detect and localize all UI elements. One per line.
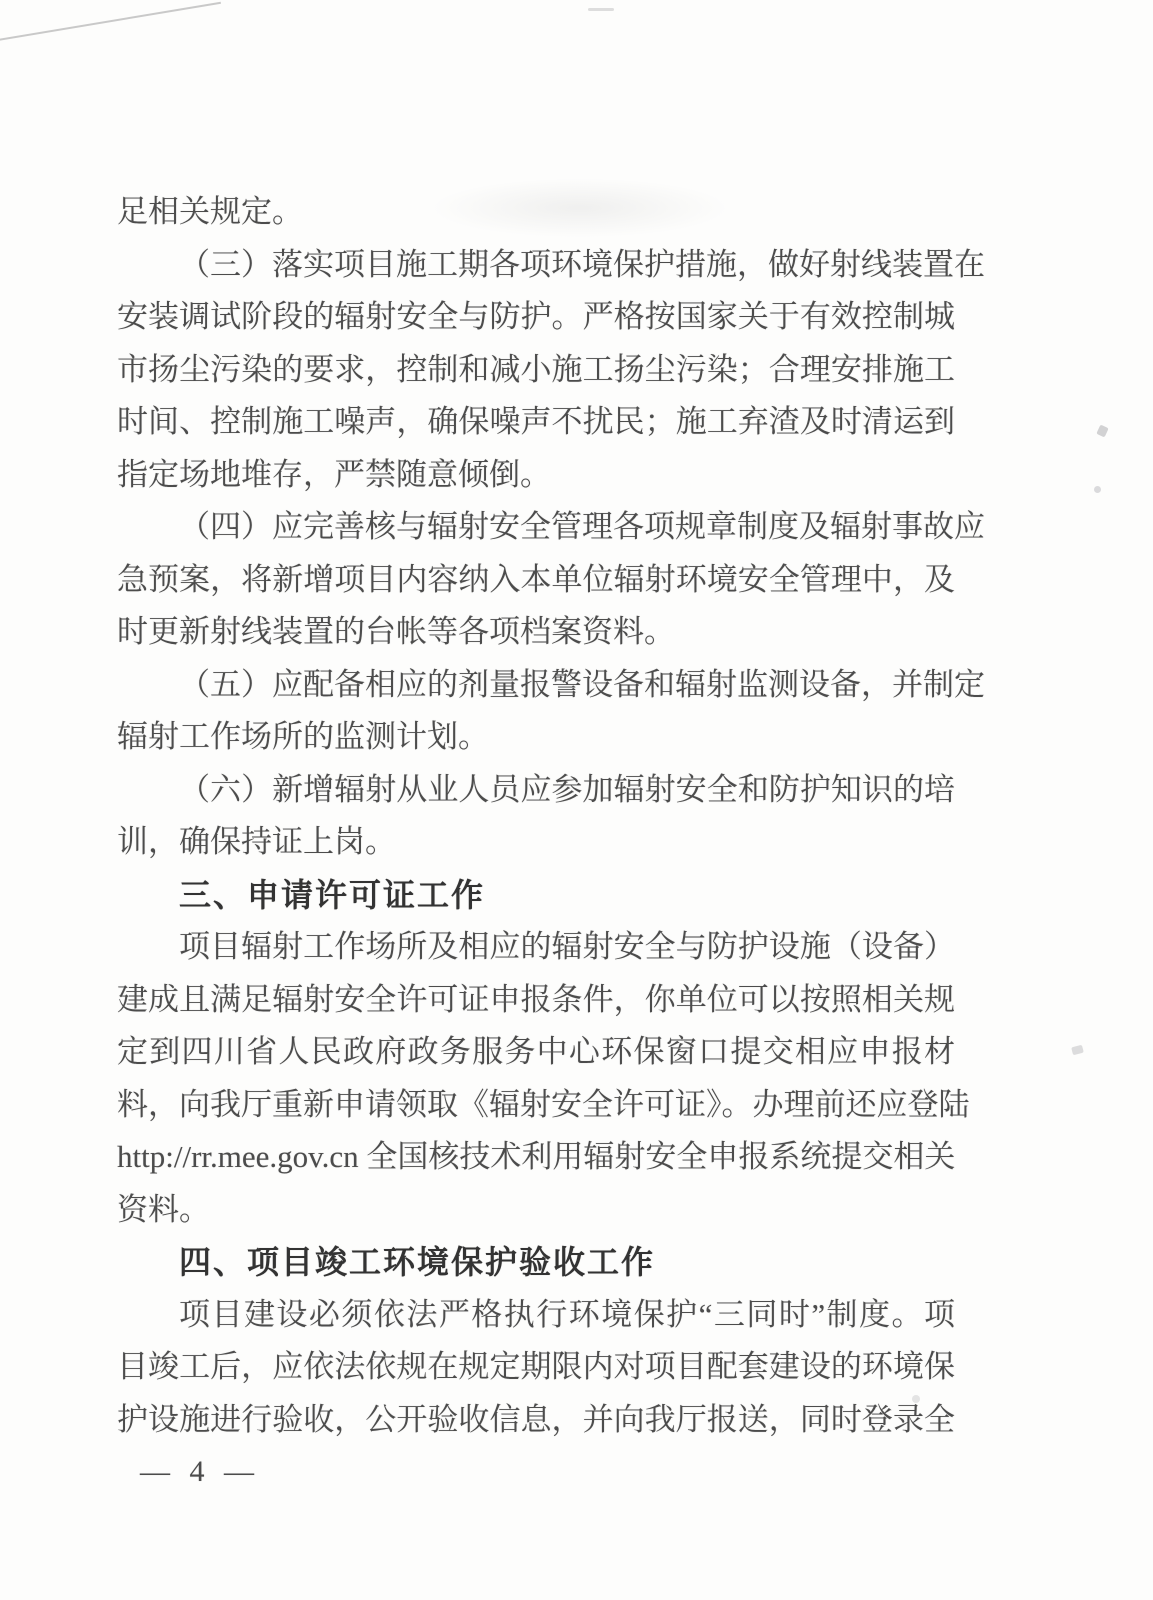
text-line: 项目建设必须依法严格执行环境保护“三同时”制度。项 — [117, 1289, 955, 1342]
text-line: http://rr.mee.gov.cn 全国核技术利用辐射安全申报系统提交相关 — [117, 1131, 955, 1184]
text-line: 训，确保持证上岗。 — [117, 816, 955, 869]
text-line: 料，向我厅重新申请领取《辐射安全许可证》。办理前还应登陆 — [117, 1079, 955, 1132]
text-line: 资料。 — [117, 1184, 955, 1237]
text-line: 定到四川省人民政府政务服务中心环保窗口提交相应申报材 — [117, 1026, 955, 1079]
text-line: 急预案，将新增项目内容纳入本单位辐射环境安全管理中，及 — [117, 554, 955, 607]
text-line: 指定场地堆存，严禁随意倾倒。 — [117, 449, 955, 502]
scan-artifact-speck — [1071, 1045, 1084, 1056]
scan-artifact-speck — [1094, 486, 1101, 493]
section-heading: 三、申请许可证工作 — [117, 869, 955, 922]
text-line: 足相关规定。 — [117, 186, 955, 239]
text-line: 时更新射线装置的台帐等各项档案资料。 — [117, 606, 955, 659]
section-heading: 四、项目竣工环境保护验收工作 — [117, 1236, 955, 1289]
text-line: 时间、控制施工噪声，确保噪声不扰民；施工弃渣及时清运到 — [117, 396, 955, 449]
text-line: 目竣工后，应依法依规在规定期限内对项目配套建设的环境保 — [117, 1341, 955, 1394]
scan-artifact-speck — [588, 8, 614, 11]
document-body: 足相关规定。（三）落实项目施工期各项环境保护措施，做好射线装置在安装调试阶段的辐… — [117, 186, 955, 1446]
text-line: 市扬尘污染的要求，控制和减小施工扬尘污染；合理安排施工 — [117, 344, 955, 397]
text-line: 项目辐射工作场所及相应的辐射安全与防护设施（设备） — [117, 921, 955, 974]
page-number: — 4 — — [140, 1452, 260, 1492]
text-line: 建成且满足辐射安全许可证申报条件，你单位可以按照相关规 — [117, 974, 955, 1027]
text-line: 护设施进行验收，公开验收信息，并向我厅报送，同时登录全 — [117, 1394, 955, 1447]
text-line: （三）落实项目施工期各项环境保护措施，做好射线装置在 — [117, 239, 955, 292]
document-page: 足相关规定。（三）落实项目施工期各项环境保护措施，做好射线装置在安装调试阶段的辐… — [0, 0, 1153, 1600]
text-line: （四）应完善核与辐射安全管理各项规章制度及辐射事故应 — [117, 501, 955, 554]
text-line: （六）新增辐射从业人员应参加辐射安全和防护知识的培 — [117, 764, 955, 817]
text-line: 安装调试阶段的辐射安全与防护。严格按国家关于有效控制城 — [117, 291, 955, 344]
scan-artifact-line — [0, 2, 221, 42]
scan-artifact-speck — [1096, 425, 1108, 438]
text-line: 辐射工作场所的监测计划。 — [117, 711, 955, 764]
text-line: （五）应配备相应的剂量报警设备和辐射监测设备，并制定 — [117, 659, 955, 712]
